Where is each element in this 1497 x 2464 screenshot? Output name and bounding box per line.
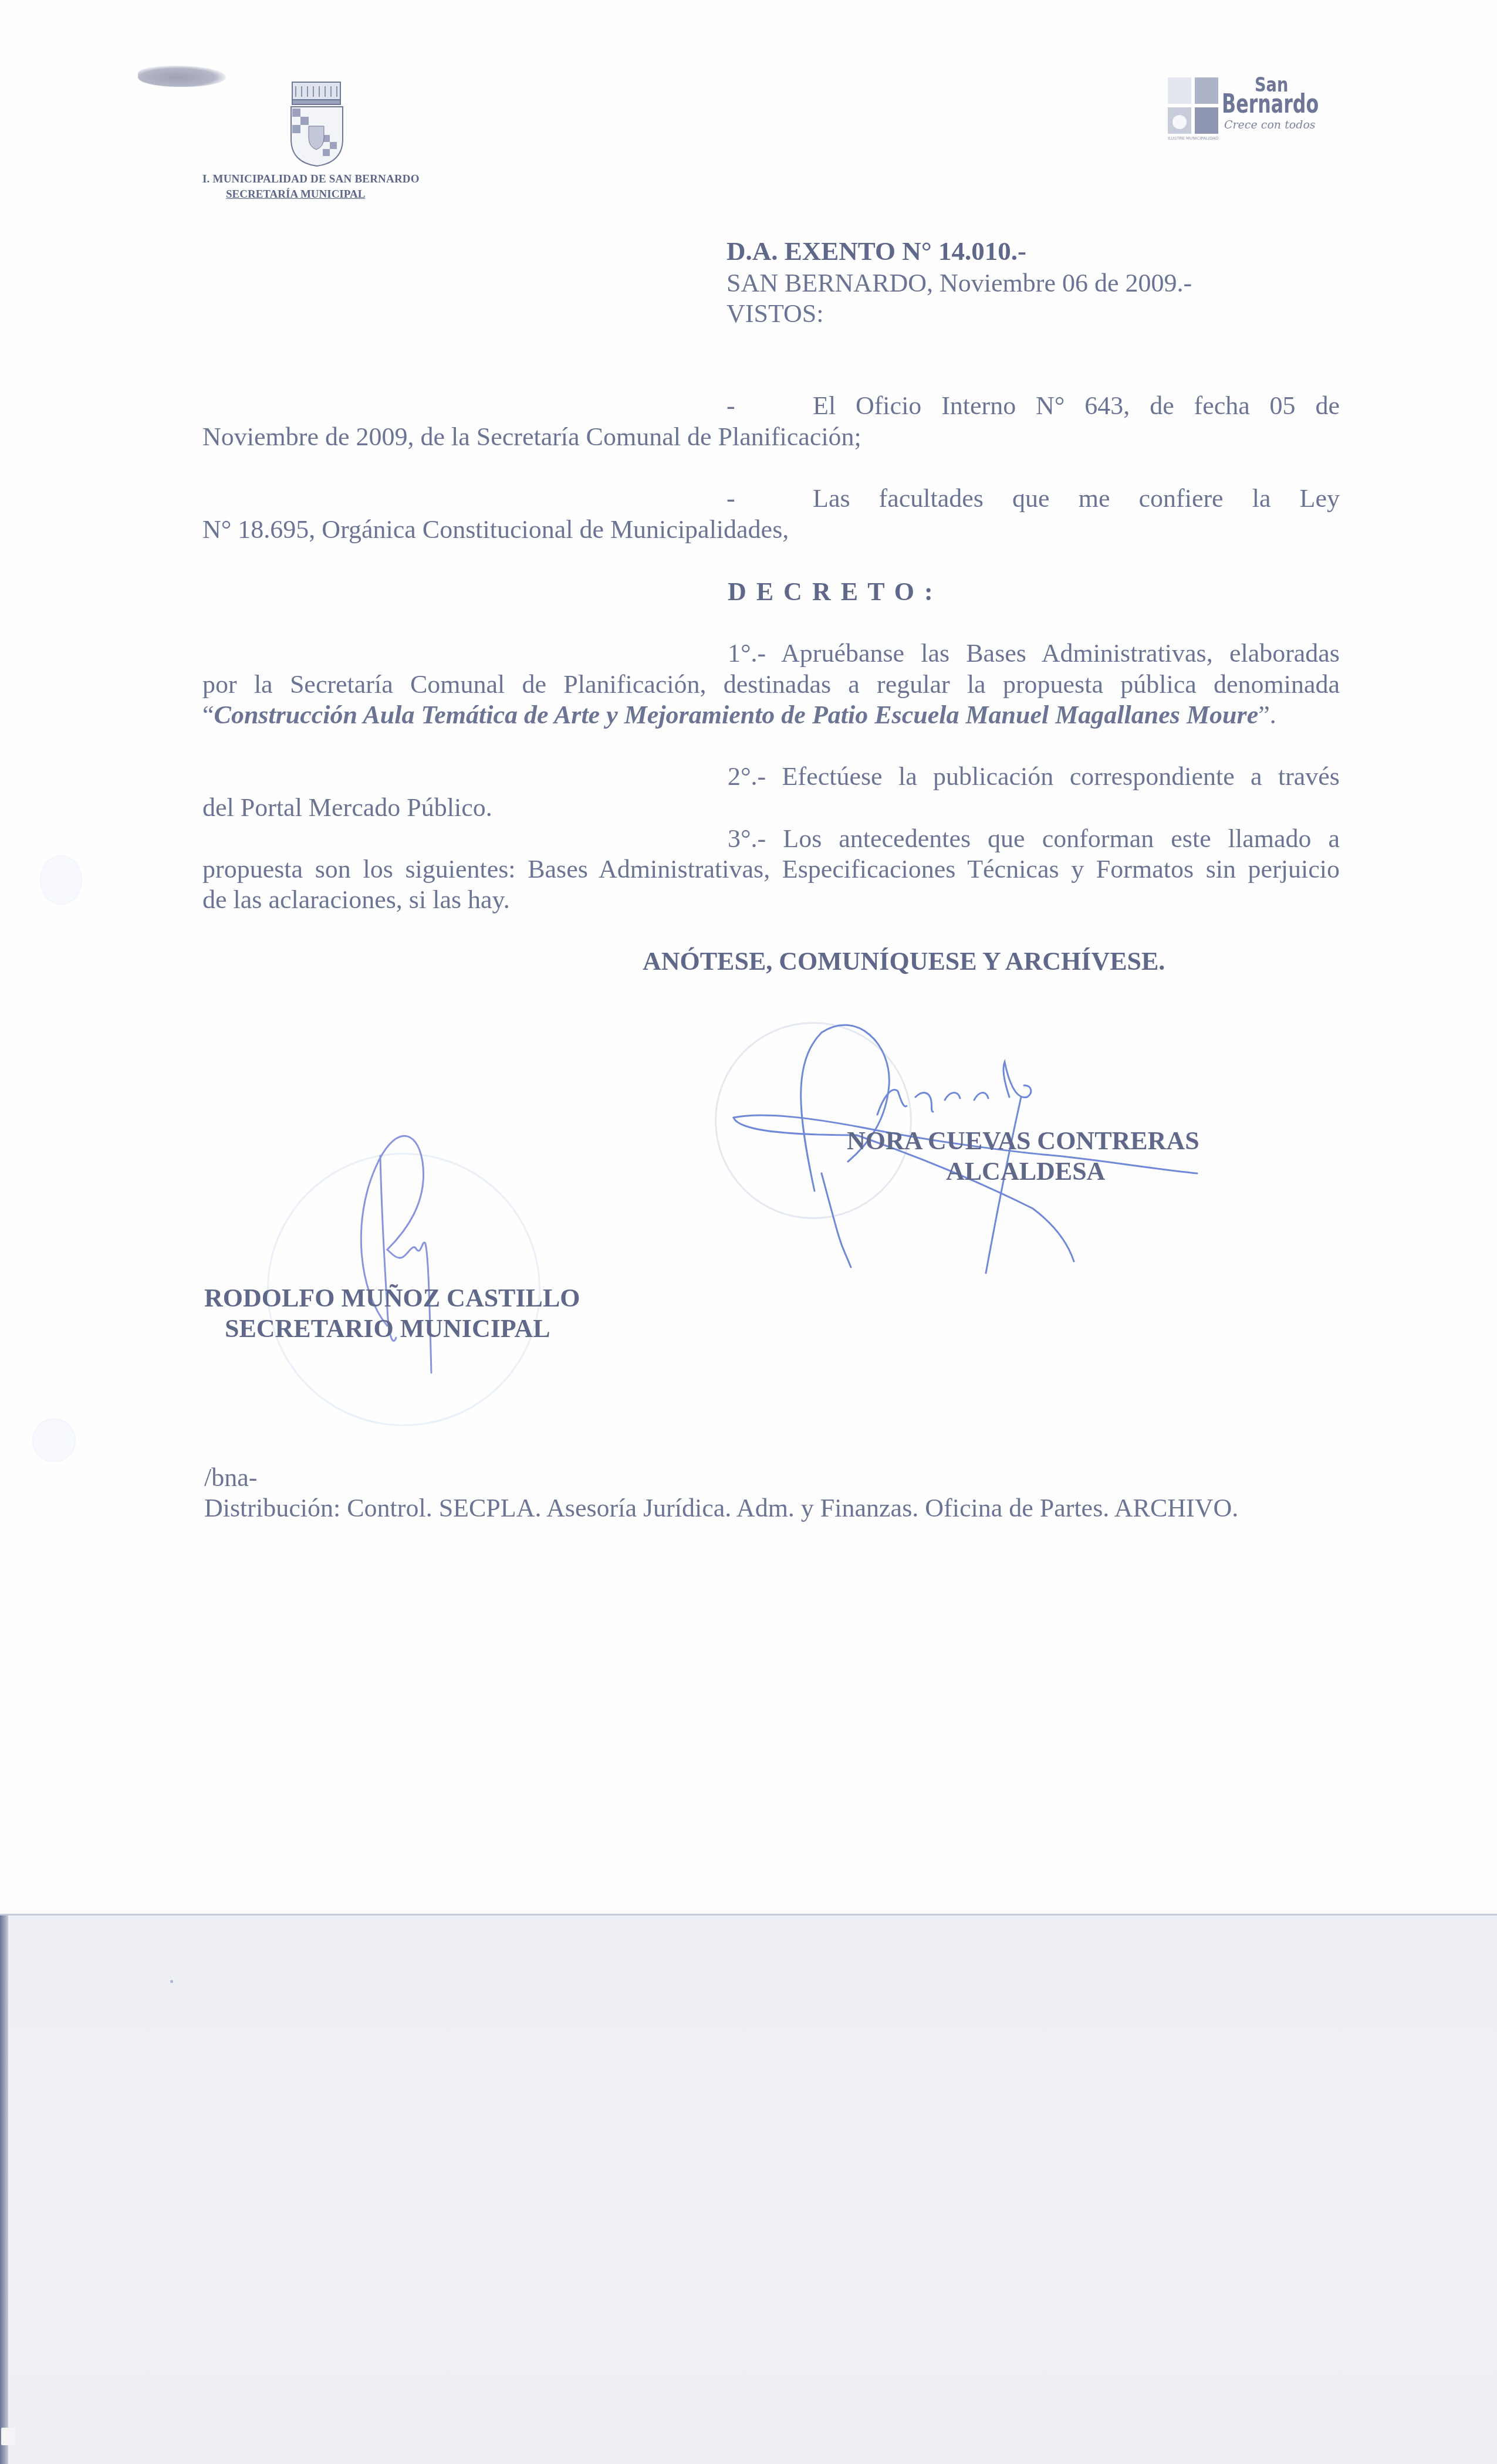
municipality-name: I. MUNICIPALIDAD DE SAN BERNARDO: [202, 173, 420, 186]
project-name: Construcción Aula Temática de Arte y Mej…: [214, 700, 1259, 729]
sheet-edge-shadow: [0, 1915, 8, 2464]
vistos-2-rest: N° 18.695, Orgánica Constitucional de Mu…: [202, 514, 789, 545]
article-1-first-line: 1°.- Apruébanse las Bases Administrativa…: [728, 638, 1340, 669]
punch-hole: [40, 855, 82, 905]
vistos-1-rest: Noviembre de 2009, de la Secretaría Comu…: [202, 421, 861, 452]
vistos-1-first-line: El Oficio Interno N° 643, de fecha 05 de: [813, 390, 1340, 421]
vistos-1-bullet: -: [726, 390, 735, 421]
mayor-stamp: [715, 1022, 912, 1219]
document-page: I. MUNICIPALIDAD DE SAN BERNARDO SECRETA…: [0, 0, 1497, 1917]
san-bernardo-logo: San Bernardo Crece con todos ILUSTRE MUN…: [1168, 75, 1320, 145]
back-sheet: [0, 1914, 1497, 2464]
quote-open: “: [202, 700, 214, 729]
decree-number: D.A. EXENTO N° 14.010.-: [726, 236, 1026, 267]
logo-tagline: Crece con todos: [1224, 119, 1316, 131]
logo-text-bernardo: Bernardo: [1222, 92, 1319, 117]
mayor-name: NORA CUEVAS CONTRERAS: [847, 1125, 1199, 1156]
department-name: SECRETARÍA MUNICIPAL: [226, 188, 365, 201]
place-date: SAN BERNARDO, Noviembre 06 de 2009.-: [726, 268, 1192, 299]
article-3-line-3: de las aclaraciones, si las hay.: [202, 884, 510, 915]
article-1-project: “Construcción Aula Temática de Arte y Me…: [202, 699, 1276, 730]
secretary-title: SECRETARIO MUNICIPAL: [225, 1313, 550, 1344]
article-3-line-2: propuesta son los siguientes: Bases Admi…: [202, 854, 1340, 885]
initials: /bna-: [204, 1462, 257, 1493]
scan-dot: [170, 1980, 173, 1983]
secretary-name: RODOLFO MUÑOZ CASTILLO: [204, 1282, 580, 1314]
article-2-line-2: del Portal Mercado Público.: [202, 792, 492, 823]
distribution-list: Distribución: Control. SECPLA. Asesoría …: [204, 1492, 1238, 1524]
paper-tab: [1, 2428, 15, 2445]
decreto-label: D E C R E T O :: [728, 576, 935, 607]
article-1-line-2: por la Secretaría Comunal de Planificaci…: [202, 669, 1340, 700]
quote-close: ”.: [1258, 700, 1276, 729]
vistos-label: VISTOS:: [726, 298, 823, 329]
logo-subtitle: ILUSTRE MUNICIPALIDAD: [1168, 136, 1218, 141]
vistos-2-bullet: -: [726, 483, 735, 514]
article-2-first-line: 2°.- Efectúese la publicación correspond…: [728, 761, 1340, 792]
vistos-2-first-line: Las facultades que me confiere la Ley: [813, 483, 1340, 514]
closing-formula: ANÓTESE, COMUNÍQUESE Y ARCHÍVESE.: [643, 946, 1165, 977]
mayor-title: ALCALDESA: [946, 1156, 1105, 1187]
logo-squares-icon: [1168, 77, 1221, 136]
punch-hole: [32, 1419, 76, 1462]
coat-of-arms-icon: [288, 79, 346, 167]
scan-smudge: [138, 66, 226, 87]
article-3-first-line: 3°.- Los antecedentes que conforman este…: [728, 823, 1340, 854]
